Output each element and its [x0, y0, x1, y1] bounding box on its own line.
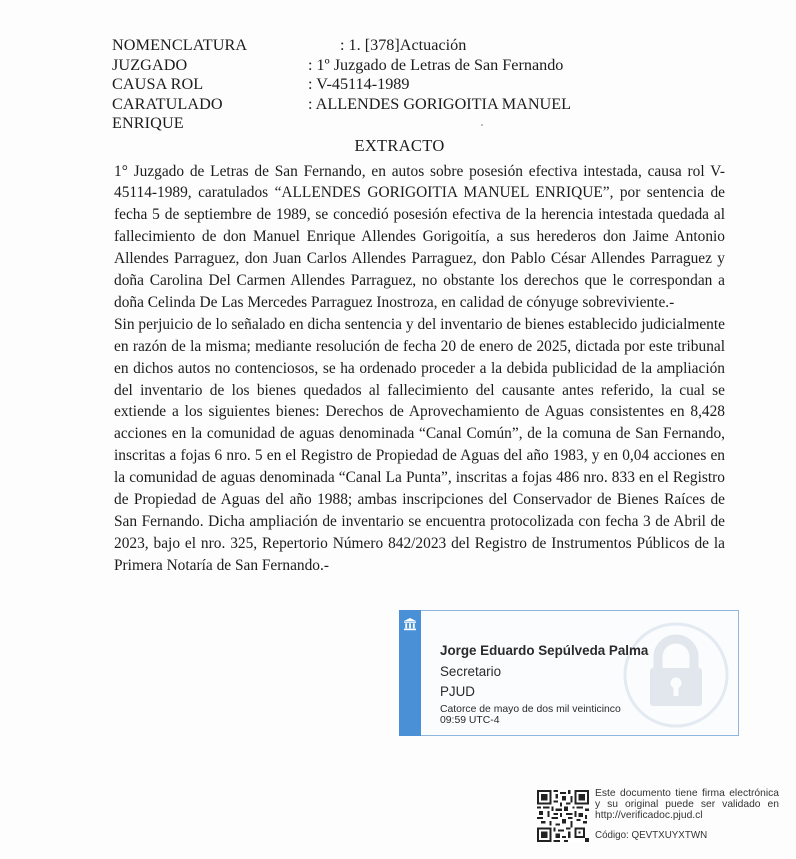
- signature-time: 09:59 UTC-4: [440, 715, 621, 726]
- header-label: ENRIQUE: [112, 114, 308, 134]
- header-value: : ALLENDES GORIGOITIA MANUEL: [308, 95, 571, 115]
- header-label: JUZGADO: [112, 56, 308, 76]
- extract-heading: EXTRACTO: [0, 136, 796, 156]
- case-header: NOMENCLATURA : 1. [378]Actuación JUZGADO…: [112, 36, 571, 134]
- extract-paragraph: 1° Juzgado de Letras de San Fernando, en…: [114, 161, 725, 314]
- signature-timestamp: Catorce de mayo de dos mil veinticinco 0…: [440, 704, 621, 727]
- header-label: CARATULADO: [112, 95, 308, 115]
- header-row-enrique: ENRIQUE: [112, 114, 571, 134]
- header-label: NOMENCLATURA: [112, 36, 308, 56]
- scan-speck: [481, 124, 483, 126]
- verification-code: Código: QEVTXUYXTWN: [595, 830, 707, 841]
- qr-code-icon[interactable]: [537, 790, 589, 842]
- signature-accent-bar: [399, 610, 421, 736]
- extract-title: EXTRACTO: [354, 136, 444, 156]
- extract-paragraph: Sin perjuicio de lo señalado en dicha se…: [114, 314, 725, 577]
- signer-name: Jorge Eduardo Sepúlveda Palma: [440, 643, 648, 658]
- verification-note: Este documento tiene firma electrónica y…: [595, 789, 779, 821]
- signer-organization: PJUD: [440, 684, 475, 699]
- header-row-juzgado: JUZGADO : 1º Juzgado de Letras de San Fe…: [112, 56, 571, 76]
- signer-role: Secretario: [440, 664, 501, 679]
- extract-body: 1° Juzgado de Letras de San Fernando, en…: [114, 161, 725, 577]
- header-value: : V-45114-1989: [308, 75, 409, 95]
- padlock-icon: [622, 621, 730, 729]
- header-row-nomenclatura: NOMENCLATURA : 1. [378]Actuación: [112, 36, 571, 56]
- header-value: : 1º Juzgado de Letras de San Fernando: [308, 56, 563, 76]
- signature-date: Catorce de mayo de dos mil veinticinco: [440, 704, 621, 715]
- header-value: : 1. [378]Actuación: [308, 36, 466, 56]
- electronic-signature-box: Jorge Eduardo Sepúlveda Palma Secretario…: [399, 610, 739, 736]
- courthouse-icon: [403, 617, 417, 631]
- header-row-causa-rol: CAUSA ROL : V-45114-1989: [112, 75, 571, 95]
- header-row-caratulado: CARATULADO : ALLENDES GORIGOITIA MANUEL: [112, 95, 571, 115]
- verification-footer: Este documento tiene firma electrónica y…: [537, 789, 787, 851]
- header-label: CAUSA ROL: [112, 75, 308, 95]
